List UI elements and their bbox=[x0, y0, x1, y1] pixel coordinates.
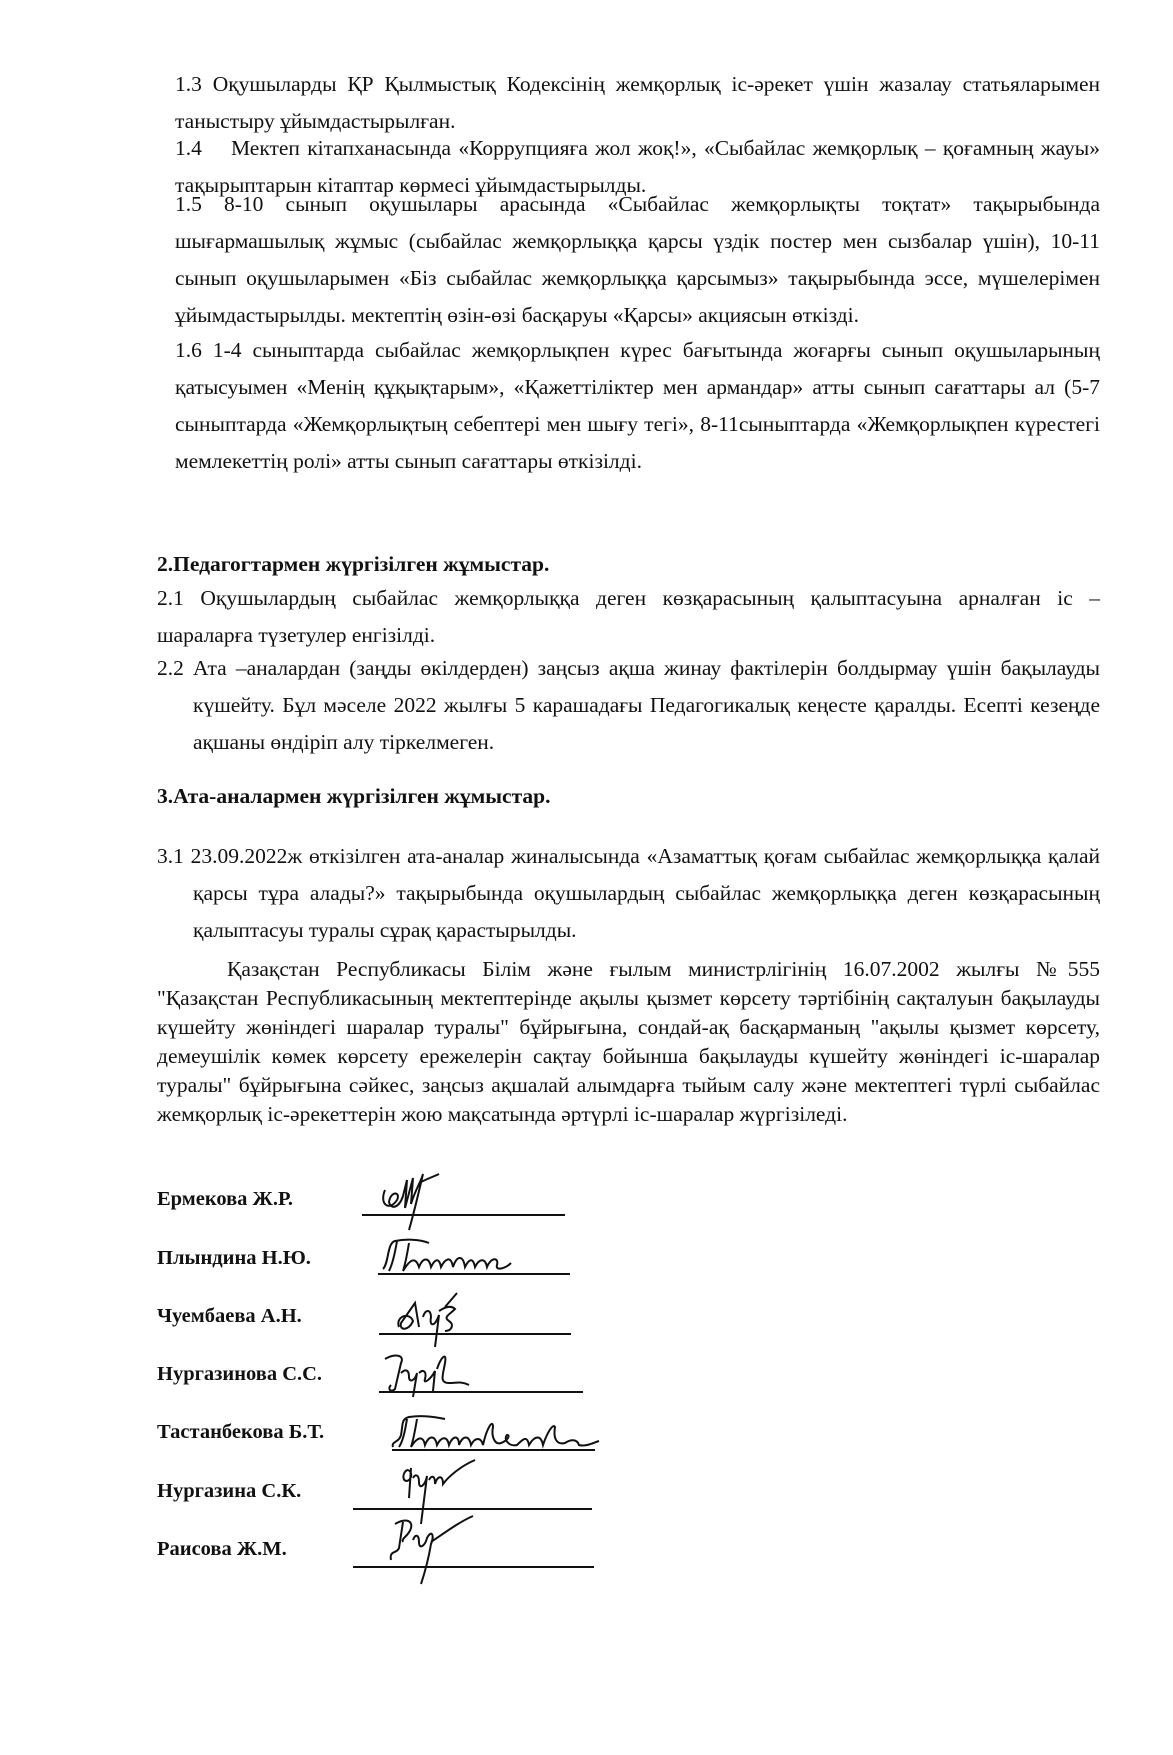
document-page: 1.3 Оқушыларды ҚР Қылмыстық Кодексінің ж… bbox=[0, 0, 1173, 1755]
handwritten-signature-icon bbox=[389, 1413, 609, 1458]
signatory-name: Чуембаева А.Н. bbox=[157, 1305, 302, 1328]
item-number: 1.5 bbox=[175, 192, 202, 216]
item-text: 23.09.2022ж өткізілген ата-аналар жиналы… bbox=[191, 844, 1100, 942]
handwritten-signature-icon bbox=[379, 1349, 479, 1409]
item-text: 1-4 сыныптарда сыбайлас жемқорлықпен күр… bbox=[175, 338, 1100, 473]
item-number: 3.1 bbox=[157, 844, 184, 868]
item-1-5: 1.5 8-10 сынып оқушылары арасында «Сыбай… bbox=[175, 186, 1100, 334]
item-text: Оқушыларды ҚР Қылмыстық Кодексінің жемқо… bbox=[175, 72, 1100, 133]
item-number: 1.3 bbox=[175, 72, 202, 96]
handwritten-signature-icon bbox=[379, 1233, 539, 1288]
item-1-3: 1.3 Оқушыларды ҚР Қылмыстық Кодексінің ж… bbox=[175, 66, 1100, 140]
signatory-name: Нургазинова С.С. bbox=[157, 1363, 322, 1386]
section-3-heading: 3.Ата-аналармен жүргізілген жұмыстар. bbox=[157, 784, 551, 809]
item-1-6: 1.6 1-4 сыныптарда сыбайлас жемқорлықпен… bbox=[175, 332, 1100, 480]
item-text: 8-10 сынып оқушылары арасында «Сыбайлас … bbox=[175, 192, 1100, 327]
signatory-name: Ермекова Ж.Р. bbox=[157, 1188, 293, 1211]
item-3-1: 3.1 23.09.2022ж өткізілген ата-аналар жи… bbox=[157, 838, 1100, 949]
item-number: 2.1 bbox=[157, 586, 184, 610]
closing-paragraph: Қазақстан Республикасы Білім және ғылым … bbox=[157, 955, 1100, 1129]
item-text: Оқушылардың сыбайлас жемқорлыққа деген к… bbox=[157, 586, 1100, 647]
signatory-name: Тастанбекова Б.Т. bbox=[157, 1421, 324, 1444]
section-2-heading: 2.Педагогтармен жүргізілген жұмыстар. bbox=[157, 552, 549, 577]
item-number: 1.6 bbox=[175, 338, 202, 362]
item-text: Ата –аналардан (заңды өкілдерден) заңсыз… bbox=[193, 656, 1100, 754]
signatory-name: Нургазина С.К. bbox=[157, 1480, 301, 1503]
item-number: 2.2 bbox=[157, 656, 184, 680]
item-2-1: 2.1 Оқушылардың сыбайлас жемқорлыққа дег… bbox=[157, 580, 1100, 654]
item-number: 1.4 bbox=[175, 136, 202, 160]
handwritten-signature-icon bbox=[387, 1512, 487, 1597]
item-2-2: 2.2 Ата –аналардан (заңды өкілдерден) за… bbox=[157, 650, 1100, 761]
signatory-name: Плындина Н.Ю. bbox=[157, 1247, 311, 1270]
signatory-name: Раисова Ж.М. bbox=[157, 1538, 287, 1561]
